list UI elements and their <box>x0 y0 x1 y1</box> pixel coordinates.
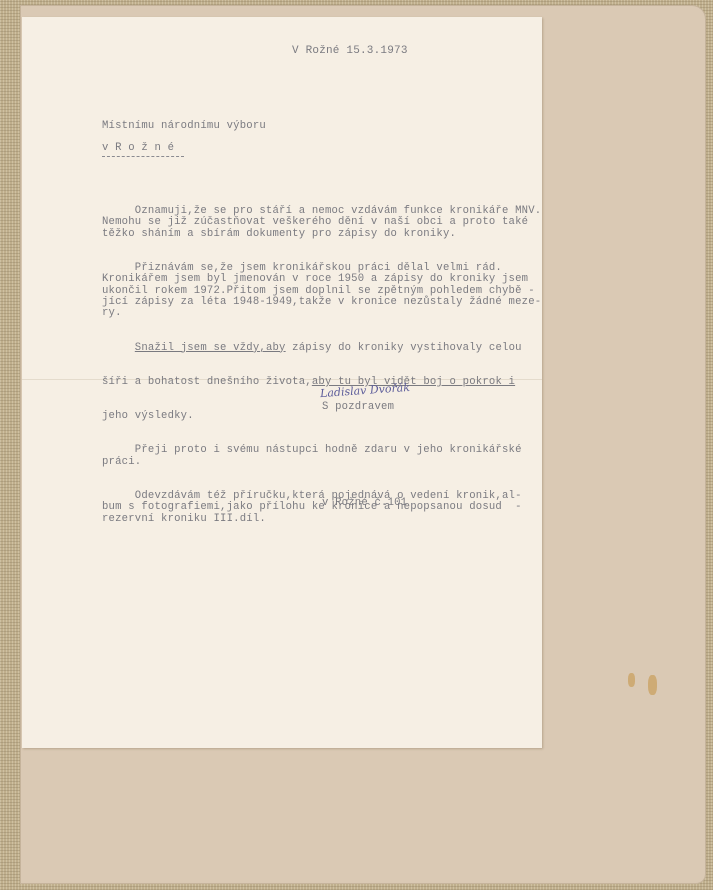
closing: S pozdravem <box>322 399 407 415</box>
paragraph-3: Snažil jsem se vždy,aby zápisy do kronik… <box>102 343 541 354</box>
paragraph-1: Oznamuji,že se pro stáří a nemoc vzdávám… <box>102 206 541 240</box>
date-line: V Rožné 15.3.1973 <box>292 46 408 57</box>
stain-mark <box>648 675 657 695</box>
letter-sheet: V Rožné 15.3.1973 Místnímu národnímu výb… <box>22 17 542 748</box>
underlined-text: Snažil jsem se vždy,aby <box>135 342 286 354</box>
recipient-line-2: v R o ž n é <box>102 143 174 154</box>
sender-address: v Rožné č.101 <box>322 495 407 511</box>
recipient-underline <box>102 156 184 157</box>
recipient-line-1: Místnímu národnímu výboru <box>102 121 266 132</box>
stain-mark <box>628 673 635 687</box>
paragraph-2: Přiznávám se,že jsem kronikářskou práci … <box>102 263 541 320</box>
